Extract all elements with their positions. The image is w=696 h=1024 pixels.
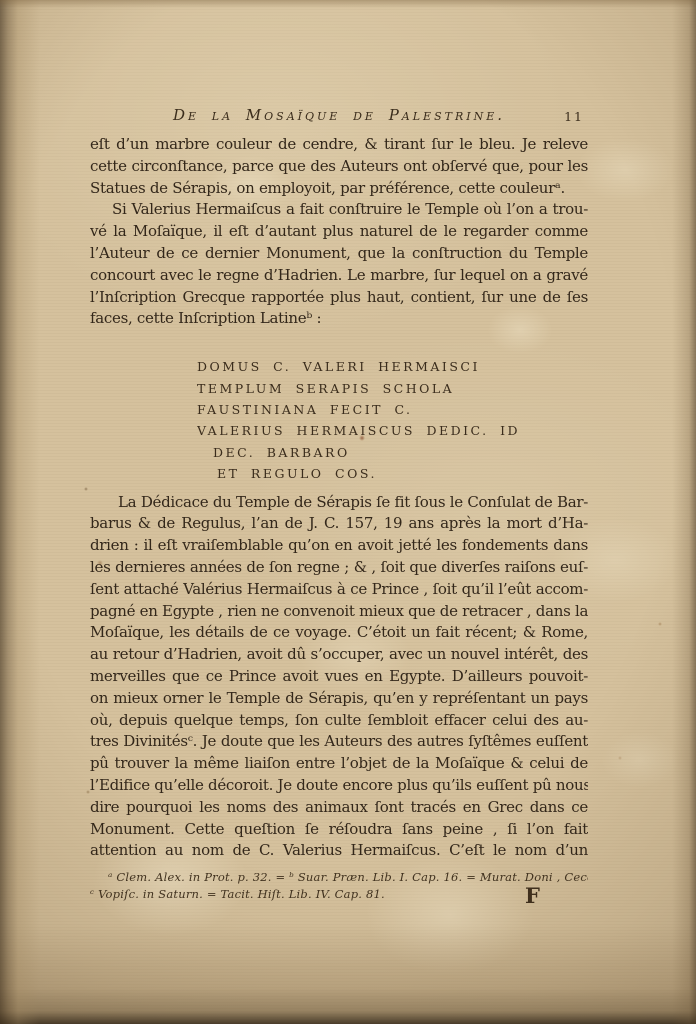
text-line: où, depuis quelque temps, ſon culte ſemb… xyxy=(90,710,588,732)
text-line: concourt avec le regne d’Hadrien. Le mar… xyxy=(90,265,588,287)
text-line: l’Edifice qu’elle décoroit. Je doute enc… xyxy=(90,775,588,797)
text-line: les dernieres années de ſon regne ; & , … xyxy=(90,557,588,579)
text-line: TEMPLUM SERAPIS SCHOLA xyxy=(197,378,588,399)
text-line: Moſaïque, les détails de ce voyage. C’ét… xyxy=(90,622,588,644)
text-line: l’Inſcription Grecque rapportée plus hau… xyxy=(90,287,588,309)
text-line: vé la Moſaïque, il eſt d’autant plus nat… xyxy=(90,221,588,243)
footnote-block: ᵃ Clem. Alex. in Prot. p. 32. = ᵇ Suar. … xyxy=(90,869,588,903)
text-line: barus & de Regulus, l’an de J. C. 157, 1… xyxy=(90,513,588,535)
text-line: Monument. Cette queſtion ſe réſoudra ſan… xyxy=(90,819,588,841)
paragraph-1: eſt d’un marbre couleur de cendre, & tir… xyxy=(90,134,588,199)
text-line: DEC. BARBARO xyxy=(213,442,588,463)
text-line: ſent attaché Valérius Hermaiſcus à ce Pr… xyxy=(90,579,588,601)
text-line: dire pourquoi les noms des animaux ſont … xyxy=(90,797,588,819)
text-line: pagné en Egypte , rien ne convenoit mieu… xyxy=(90,601,588,623)
text-line: eſt d’un marbre couleur de cendre, & tir… xyxy=(90,134,588,156)
text-line: DOMUS C. VALERI HERMAISCI xyxy=(197,356,588,377)
latin-inscription: DOMUS C. VALERI HERMAISCITEMPLUM SERAPIS… xyxy=(197,356,588,484)
text-line: tres Divinitésᶜ. Je doute que les Auteur… xyxy=(90,731,588,753)
running-title: De la Mosaïque de Palestrine. xyxy=(173,106,505,124)
text-line: au retour d’Hadrien, avoit dû s’occuper,… xyxy=(90,644,588,666)
book-page-scan: De la Mosaïque de Palestrine. 11 eſt d’u… xyxy=(0,0,696,1024)
paragraph-3: La Dédicace du Temple de Sérapis ſe fit … xyxy=(90,492,588,863)
text-line: attention au nom de C. Valerius Hermaiſc… xyxy=(90,840,588,862)
text-line: drien : il eſt vraiſemblable qu’on en av… xyxy=(90,535,588,557)
text-line: La Dédicace du Temple de Sérapis ſe fit … xyxy=(90,492,588,514)
paragraph-2: Si Valerius Hermaiſcus a fait conſtruire… xyxy=(90,199,588,330)
text-line: ᵃ Clem. Alex. in Prot. p. 32. = ᵇ Suar. … xyxy=(90,869,588,886)
text-line: FAUSTINIANA FECIT C. xyxy=(197,399,588,420)
text-line: Si Valerius Hermaiſcus a fait conſtruire… xyxy=(90,199,588,221)
signature-mark: F xyxy=(525,883,540,908)
page-number: 11 xyxy=(564,109,584,124)
text-line: VALERIUS HERMAISCUS DEDIC. ID xyxy=(197,420,588,441)
text-line: faces, cette Inſcription Latineᵇ : xyxy=(90,308,588,330)
text-line: ᶜ Vopiſc. in Saturn. = Tacit. Hiſt. Lib.… xyxy=(90,886,588,903)
text-line: ET REGULO COS. xyxy=(217,463,588,484)
text-line: l’Auteur de ce dernier Monument, que la … xyxy=(90,243,588,265)
text-line: pû trouver la même liaiſon entre l’objet… xyxy=(90,753,588,775)
body-text: eſt d’un marbre couleur de cendre, & tir… xyxy=(90,134,588,903)
text-line: merveilles que ce Prince avoit vues en E… xyxy=(90,666,588,688)
text-line: cette circonſtance, parce que des Auteur… xyxy=(90,156,588,178)
text-line: Statues de Sérapis, on employoit, par pr… xyxy=(90,178,588,200)
text-line: on mieux orner le Temple de Sérapis, qu’… xyxy=(90,688,588,710)
running-header: De la Mosaïque de Palestrine. 11 xyxy=(90,106,588,124)
